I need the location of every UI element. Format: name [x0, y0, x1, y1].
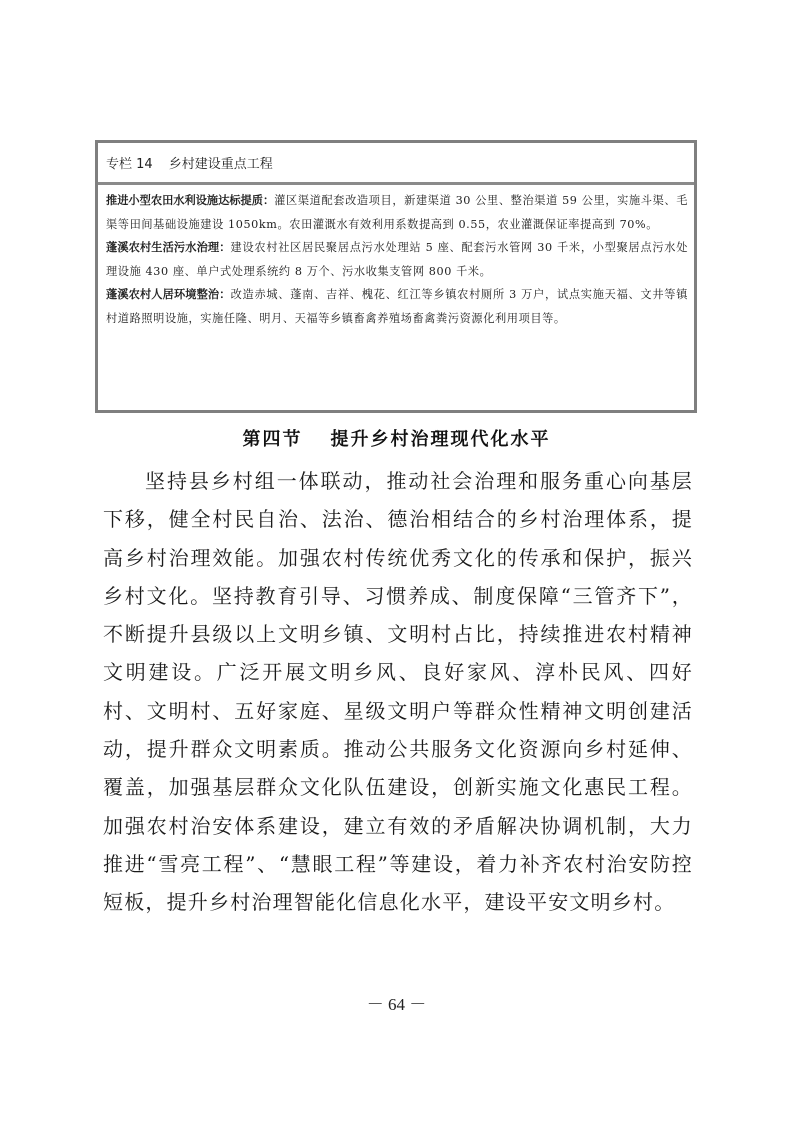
column-box-body: 推进小型农田水利设施达标提质：灌区渠道配套改造项目，新建渠道 30 公里、整治渠… — [98, 185, 694, 330]
column-box: 专栏 14 乡村建设重点工程 推进小型农田水利设施达标提质：灌区渠道配套改造项目… — [95, 140, 697, 413]
column-item-heading: 推进小型农田水利设施达标提质： — [106, 194, 274, 207]
column-item-heading: 蓬溪农村生活污水治理： — [106, 241, 231, 254]
column-item: 蓬溪农村生活污水治理：建设农村社区居民聚居点污水处理站 5 座、配套污水管网 3… — [106, 236, 688, 283]
column-item: 蓬溪农村人居环境整治：改造赤城、蓬南、吉祥、槐花、红江等乡镇农村厕所 3 万户，… — [106, 283, 688, 330]
section-heading: 第四节提升乡村治理现代化水平 — [0, 425, 793, 451]
column-box-header: 专栏 14 乡村建设重点工程 — [98, 143, 694, 185]
column-item: 推进小型农田水利设施达标提质：灌区渠道配套改造项目，新建渠道 30 公里、整治渠… — [106, 189, 688, 236]
page-number: － 64 － — [0, 990, 793, 1015]
section-number: 第四节 — [243, 429, 303, 450]
column-box-label: 专栏 14 — [106, 153, 153, 172]
column-box-title: 乡村建设重点工程 — [169, 153, 273, 172]
column-item-heading: 蓬溪农村人居环境整治： — [106, 288, 231, 301]
section-title: 提升乡村治理现代化水平 — [331, 429, 551, 450]
body-paragraph: 坚持县乡村组一体联动，推动社会治理和服务重心向基层下移，健全村民自治、法治、德治… — [103, 462, 693, 922]
